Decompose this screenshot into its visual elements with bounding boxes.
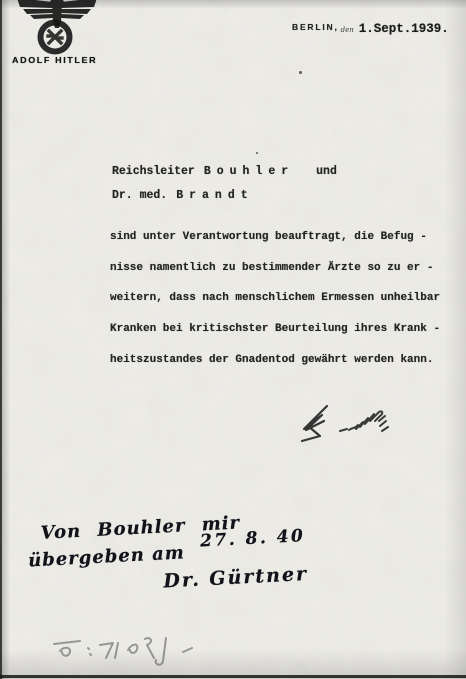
- note-line-2-text: übergeben am: [28, 542, 186, 571]
- scan-border-left: [0, 0, 2, 679]
- dateline-preposition: den: [341, 26, 354, 34]
- handwritten-note: Von Bouhler mir übergeben am27. 8. 40 Dr…: [24, 503, 358, 602]
- dateline: BERLIN,den1.Sept.1939.: [292, 19, 449, 37]
- body-line: heitszustandes der Gnadentod gewährt wer…: [110, 345, 456, 376]
- body-line: Kranken bei kritischster Beurteilung ihr…: [110, 314, 456, 345]
- addressee-title-2: Dr. med.: [112, 189, 167, 202]
- addressee-name-brandt: Brandt: [176, 189, 253, 202]
- note-date: 27. 8. 40: [200, 526, 306, 551]
- addressee-line-2: Dr. med.Brandt: [112, 184, 337, 208]
- addressee-block: ReichsleiterBouhlerund Dr. med.Brandt: [112, 160, 337, 208]
- addressee-conjunction: und: [316, 165, 337, 178]
- ink-speck: [256, 152, 258, 154]
- body-line: sind unter Verantwortung beauftragt, die…: [110, 222, 456, 253]
- letterhead-name: ADOLF HITLER: [12, 55, 97, 65]
- hitler-signature: [295, 402, 405, 447]
- addressee-line-1: ReichsleiterBouhlerund: [112, 160, 337, 184]
- dateline-date: 1.Sept.1939.: [359, 22, 449, 36]
- scanned-document-page: ADOLF HITLER BERLIN,den1.Sept.1939. Reic…: [0, 0, 466, 679]
- addressee-title-1: Reichsleiter: [112, 165, 195, 178]
- dateline-city: BERLIN,: [292, 22, 339, 32]
- ink-speck: [299, 71, 302, 74]
- body-paragraph: sind unter Verantwortung beauftragt, die…: [110, 222, 456, 376]
- body-line: nisse namentlich zu bestimmender Ärzte s…: [110, 253, 456, 284]
- body-line: weitern, dass nach menschlichem Ermessen…: [110, 283, 456, 314]
- addressee-name-bouhler: Bouhler: [204, 165, 294, 178]
- scan-border-bottom: [0, 675, 466, 678]
- pencil-archive-scribble: [48, 630, 218, 675]
